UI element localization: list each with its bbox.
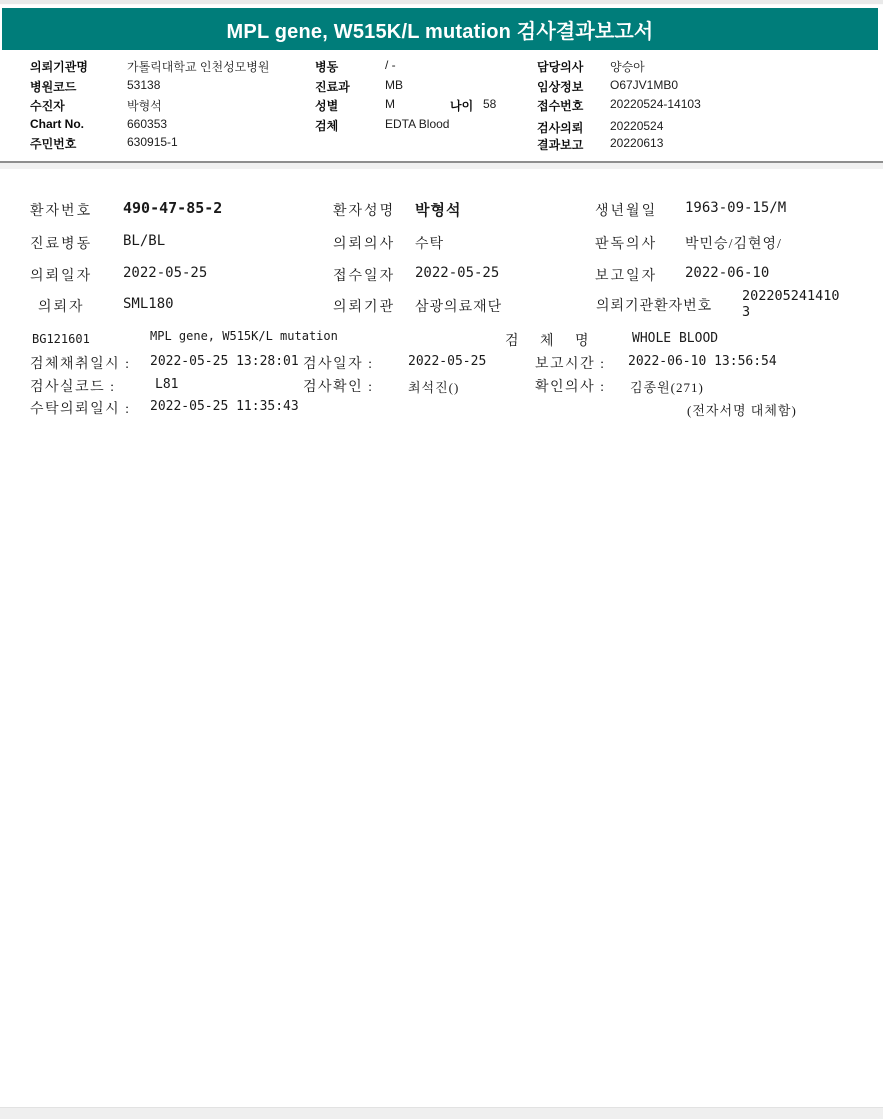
test-date-value: 2022-05-25 [408, 354, 486, 369]
ward-label: 병동 [315, 58, 338, 75]
department-label: 진료과 [315, 78, 350, 95]
test-date-label: 검사일자 : [303, 353, 374, 373]
receipt-date-value: 2022-05-25 [415, 265, 499, 281]
attending-doctor-label: 담당의사 [537, 58, 583, 75]
accession-no-label: 접수번호 [537, 97, 583, 114]
hospital-code-value: 53138 [127, 78, 160, 92]
requesting-institution-value: 가톨릭대학교 인천성모병원 [127, 58, 269, 75]
patient-no-value: 490-47-85-2 [123, 199, 222, 217]
result-report-date-label: 결과보고 [537, 136, 583, 153]
ward-value: / - [385, 58, 396, 72]
institution-patient-no-label: 의뢰기관환자번호 [596, 295, 712, 315]
request-date-value: 2022-05-25 [123, 265, 207, 281]
chart-no-label: Chart No. [30, 117, 84, 131]
requester-value: SML180 [123, 296, 174, 312]
requesting-institution2-value: 삼광의료재단 [415, 296, 502, 316]
requesting-doctor-label: 의뢰의사 [333, 233, 395, 253]
requesting-institution2-label: 의뢰기관 [333, 296, 395, 316]
reading-doctor-label: 판독의사 [595, 233, 657, 253]
birth-date-label: 생년월일 [595, 200, 657, 220]
specimen-name-label: 검 체 명 [505, 330, 590, 350]
specimen-type-value: EDTA Blood [385, 117, 449, 131]
confirming-doctor-label: 확인의사 : [535, 376, 606, 396]
result-report-date-value: 20220613 [610, 136, 663, 150]
sex-label: 성별 [315, 97, 338, 114]
request-date-label: 의뢰일자 [30, 265, 92, 285]
resident-id-label: 주민번호 [30, 135, 76, 152]
hospital-code-label: 병원코드 [30, 78, 76, 95]
clinical-info-label: 임상정보 [537, 78, 583, 95]
section-divider-shadow [0, 163, 883, 169]
top-strip [0, 0, 883, 5]
report-date-label: 보고일자 [595, 265, 657, 285]
age-value: 58 [483, 97, 496, 111]
resident-id-value: 630915-1 [127, 135, 178, 149]
birth-date-value: 1963-09-15/M [685, 200, 786, 216]
examinee-value: 박형석 [127, 97, 162, 114]
patient-name-value: 박형석 [415, 199, 461, 220]
test-code: BG121601 [32, 332, 90, 346]
report-banner: MPL gene, W515K/L mutation 검사결과보고서 [2, 8, 878, 50]
report-time-label: 보고시간 : [535, 353, 606, 373]
care-ward-label: 진료병동 [30, 233, 92, 253]
test-confirmer-value: 최석진() [408, 377, 459, 396]
requester-label: 의뢰자 [38, 296, 85, 316]
clinical-info-value: O67JV1MB0 [610, 78, 678, 92]
test-confirmer-label: 검사확인 : [303, 376, 374, 396]
requesting-institution-label: 의뢰기관명 [30, 58, 88, 75]
report-date-value: 2022-06-10 [685, 265, 769, 281]
care-ward-value: BL/BL [123, 233, 165, 249]
patient-name-label: 환자성명 [333, 200, 395, 220]
reading-doctor-value: 박민승/김현영/ [685, 233, 782, 253]
test-request-date-label: 검사의뢰 [537, 119, 583, 136]
lab-report-page: MPL gene, W515K/L mutation 검사결과보고서 의뢰기관명… [0, 0, 883, 1119]
sex-value: M [385, 97, 395, 111]
institution-patient-no-value: 2022052414103 [742, 288, 844, 320]
requesting-doctor-value: 수탁 [415, 233, 444, 253]
attending-doctor-value: 양승아 [610, 58, 645, 75]
examinee-label: 수진자 [30, 97, 65, 114]
receipt-date-label: 접수일자 [333, 265, 395, 285]
lab-code-value: L81 [155, 377, 178, 392]
lab-code-label: 검사실코드 : [30, 376, 116, 396]
specimen-name-value: WHOLE BLOOD [632, 331, 718, 346]
test-name: MPL gene, W515K/L mutation [150, 329, 338, 343]
age-label: 나이 [450, 97, 473, 114]
chart-no-value: 660353 [127, 117, 167, 131]
patient-no-label: 환자번호 [30, 200, 92, 220]
bottom-bar [0, 1107, 883, 1119]
esign-note: (전자서명 대체함) [687, 400, 797, 419]
consignment-request-datetime-value: 2022-05-25 11:35:43 [150, 399, 299, 414]
consignment-request-datetime-label: 수탁의뢰일시 : [30, 398, 131, 418]
report-time-value: 2022-06-10 13:56:54 [628, 354, 777, 369]
confirming-doctor-value: 김종원(271) [630, 377, 704, 396]
department-value: MB [385, 78, 403, 92]
specimen-type-label: 검체 [315, 117, 338, 134]
report-title: MPL gene, W515K/L mutation 검사결과보고서 [227, 15, 654, 44]
accession-no-value: 20220524-14103 [610, 97, 701, 111]
test-request-date-value: 20220524 [610, 119, 663, 133]
collection-datetime-value: 2022-05-25 13:28:01 [150, 354, 299, 369]
collection-datetime-label: 검체채취일시 : [30, 353, 131, 373]
